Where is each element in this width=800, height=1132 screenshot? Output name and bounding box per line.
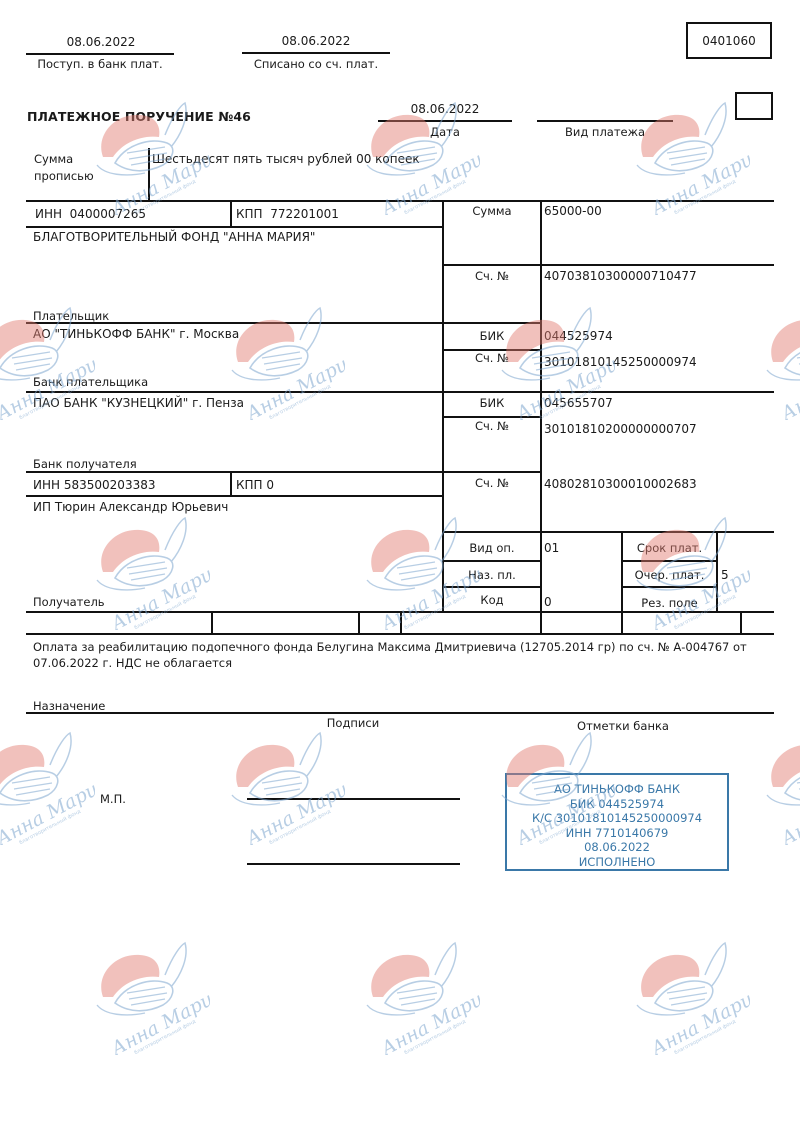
svg-text:благотворительный фонд: благотворительный фонд — [673, 1018, 737, 1055]
debited-date-line — [242, 52, 390, 54]
payee-kpp-label: КПП — [236, 478, 263, 492]
order-date: 08.06.2022 — [380, 102, 510, 116]
grid-line — [400, 611, 402, 634]
order-date-label: Дата — [378, 125, 512, 139]
grid-line — [740, 611, 742, 634]
amount-value: 65000-00 — [544, 204, 602, 218]
payee-label: Получатель — [33, 595, 105, 609]
op-type-value: 01 — [544, 541, 559, 555]
payer-bank-name: АО "ТИНЬКОФФ БАНК" г. Москва — [33, 327, 239, 341]
watermark-logo-icon: Анна Мария благотворительный фонд — [755, 300, 800, 420]
received-date: 08.06.2022 — [28, 35, 174, 49]
payer-inn-label: ИНН — [35, 207, 62, 221]
form-code-box: 0401060 — [686, 22, 772, 59]
debited-date-label: Списано со сч. плат. — [242, 57, 390, 71]
purpose-line-1: Оплата за реабилитацию подопечного фонда… — [33, 640, 747, 654]
svg-text:Анна Мария: Анна Мария — [241, 772, 345, 845]
payer-label: Плательщик — [33, 309, 109, 323]
grid-line — [26, 200, 774, 202]
form-code: 0401060 — [688, 34, 770, 48]
payee-name: ИП Тюрин Александр Юрьевич — [33, 500, 228, 514]
svg-text:благотворительный фонд: благотворительный фонд — [268, 808, 332, 845]
payee-kpp-value: 0 — [266, 478, 274, 492]
payee-bank-name: ПАО БАНК "КУЗНЕЦКИЙ" г. Пенза — [33, 396, 244, 410]
grid-line — [26, 495, 444, 497]
signatures-label: Подписи — [300, 716, 406, 730]
svg-text:Анна Мария: Анна Мария — [241, 347, 345, 420]
payee-bank-account-label: Сч. № — [444, 419, 540, 433]
grid-line — [26, 712, 774, 714]
signature-line-1 — [247, 798, 460, 800]
payer-inn-value: 0400007265 — [70, 207, 146, 221]
payer-bank-account-value: 30101810145250000974 — [544, 355, 697, 369]
bank-marks-label: Отметки банка — [560, 719, 686, 733]
payer-account-value: 40703810300000710477 — [544, 269, 697, 283]
svg-text:благотворительный фонд: благотворительный фонд — [673, 178, 737, 215]
bank-stamp-line: 08.06.2022 — [507, 840, 727, 855]
amount-words-value: Шестьдесят пять тысяч рублей 00 копеек — [152, 152, 420, 166]
watermark-logo-icon: Анна Мария благотворительный фонд — [625, 95, 750, 215]
svg-text:Анна Мария: Анна Мария — [776, 772, 800, 845]
grid-line — [621, 611, 623, 634]
payer-bank-bik-value: 044525974 — [544, 329, 613, 343]
svg-text:Анна Мария: Анна Мария — [646, 142, 750, 215]
code-label: Код — [444, 593, 540, 607]
watermark-logo-icon: Анна Мария благотворительный фонд — [625, 935, 750, 1055]
payee-account-value: 40802810300010002683 — [544, 477, 697, 491]
stamp-place-label: М.П. — [100, 792, 126, 806]
grid-line — [622, 586, 718, 588]
svg-text:Анна Мария: Анна Мария — [106, 982, 210, 1055]
watermark-logo-icon: Анна Мария благотворительный фонд — [85, 935, 210, 1055]
grid-line — [26, 471, 542, 473]
watermark-logo-icon: Анна Мария благотворительный фонд — [0, 725, 95, 845]
bank-stamp-line: ИНН 7710140679 — [507, 826, 727, 841]
grid-line — [540, 611, 542, 634]
grid-line — [442, 416, 542, 418]
status-box — [735, 92, 773, 120]
code-value: 0 — [544, 595, 552, 609]
grid-line — [442, 560, 542, 562]
payee-bank-bik-value: 045655707 — [544, 396, 613, 410]
payee-inn-value: 583500203383 — [64, 478, 156, 492]
grid-line — [26, 391, 774, 393]
bank-stamp-line: ИСПОЛНЕНО — [507, 855, 727, 870]
grid-line — [211, 611, 213, 634]
bank-stamp-line: БИК 044525974 — [507, 797, 727, 812]
payer-bank-account-label: Сч. № — [444, 351, 540, 365]
order-date-line — [378, 120, 512, 122]
payer-bank-bik-label: БИК — [444, 329, 540, 343]
received-date-label: Поступ. в банк плат. — [26, 57, 174, 71]
svg-text:благотворительный фонд: благотворительный фонд — [403, 1018, 467, 1055]
page-title: ПЛАТЕЖНОЕ ПОРУЧЕНИЕ №46 — [27, 110, 251, 124]
payment-type-label: Вид платежа — [537, 125, 673, 139]
op-type-label: Вид оп. — [444, 541, 540, 555]
payee-kpp: КПП 0 — [236, 478, 274, 492]
amount-label: Сумма — [444, 204, 540, 218]
bank-stamp-line: АО ТИНЬКОФФ БАНК — [507, 782, 727, 797]
svg-text:благотворительный фонд: благотворительный фонд — [18, 808, 82, 845]
grid-line — [26, 226, 444, 228]
grid-line — [442, 531, 774, 533]
svg-text:благотворительный фонд: благотворительный фонд — [133, 1018, 197, 1055]
svg-text:Анна Мария: Анна Мария — [106, 557, 210, 630]
bank-stamp: АО ТИНЬКОФФ БАНК БИК 044525974 К/С 30101… — [505, 773, 729, 871]
grid-line — [230, 200, 232, 227]
payee-bank-label: Банк получателя — [33, 457, 137, 471]
svg-text:Анна Мария: Анна Мария — [376, 982, 480, 1055]
grid-line — [540, 200, 542, 612]
amount-words-label-2: прописью — [34, 169, 94, 183]
payer-bank-label: Банк плательщика — [33, 375, 148, 389]
priority-label: Очер. плат. — [623, 568, 716, 582]
payer-account-label: Сч. № — [444, 269, 540, 283]
grid-line — [230, 471, 232, 496]
grid-line — [622, 560, 718, 562]
payer-inn: ИНН 0400007265 — [35, 207, 146, 221]
payment-type-line — [537, 120, 673, 122]
signature-line-2 — [247, 863, 460, 865]
due-label: Срок плат. — [623, 541, 716, 555]
payer-kpp: КПП 772201001 — [236, 207, 339, 221]
payee-account-label: Сч. № — [444, 476, 540, 490]
purpose-label: Назначение — [33, 699, 105, 713]
grid-line — [716, 531, 718, 611]
svg-text:благотворительный фонд: благотворительный фонд — [268, 383, 332, 420]
payee-inn: ИНН 583500203383 — [33, 478, 155, 492]
payer-name: БЛАГОТВОРИТЕЛЬНЫЙ ФОНД "АННА МАРИЯ" — [33, 230, 315, 244]
grid-line — [358, 611, 360, 634]
payee-bank-bik-label: БИК — [444, 396, 540, 410]
received-date-line — [26, 53, 174, 55]
svg-text:Анна Мария: Анна Мария — [646, 982, 750, 1055]
payer-kpp-value: 772201001 — [270, 207, 339, 221]
reserve-label: Рез. поле — [623, 596, 716, 610]
watermark-logo-icon: Анна Мария благотворительный фонд — [355, 935, 480, 1055]
bank-stamp-line: К/С 30101810145250000974 — [507, 811, 727, 826]
payer-kpp-label: КПП — [236, 207, 263, 221]
priority-value: 5 — [721, 568, 729, 582]
svg-text:Анна Мария: Анна Мария — [776, 347, 800, 420]
amount-words-divider — [148, 148, 150, 200]
purpose-code-label: Наз. пл. — [444, 568, 540, 582]
amount-words-label-1: Сумма — [34, 152, 73, 166]
watermark-logo-icon: Анна Мария благотворительный фонд — [755, 725, 800, 845]
purpose-line-2: 07.06.2022 г. НДС не облагается — [33, 656, 232, 670]
grid-line — [442, 586, 542, 588]
watermark-logo-icon: Анна Мария благотворительный фонд — [220, 725, 345, 845]
payee-bank-account-value: 30101810200000000707 — [544, 422, 697, 436]
payee-inn-label: ИНН — [33, 478, 60, 492]
debited-date: 08.06.2022 — [242, 34, 390, 48]
grid-line — [442, 264, 774, 266]
svg-text:Анна Мария: Анна Мария — [0, 772, 95, 845]
